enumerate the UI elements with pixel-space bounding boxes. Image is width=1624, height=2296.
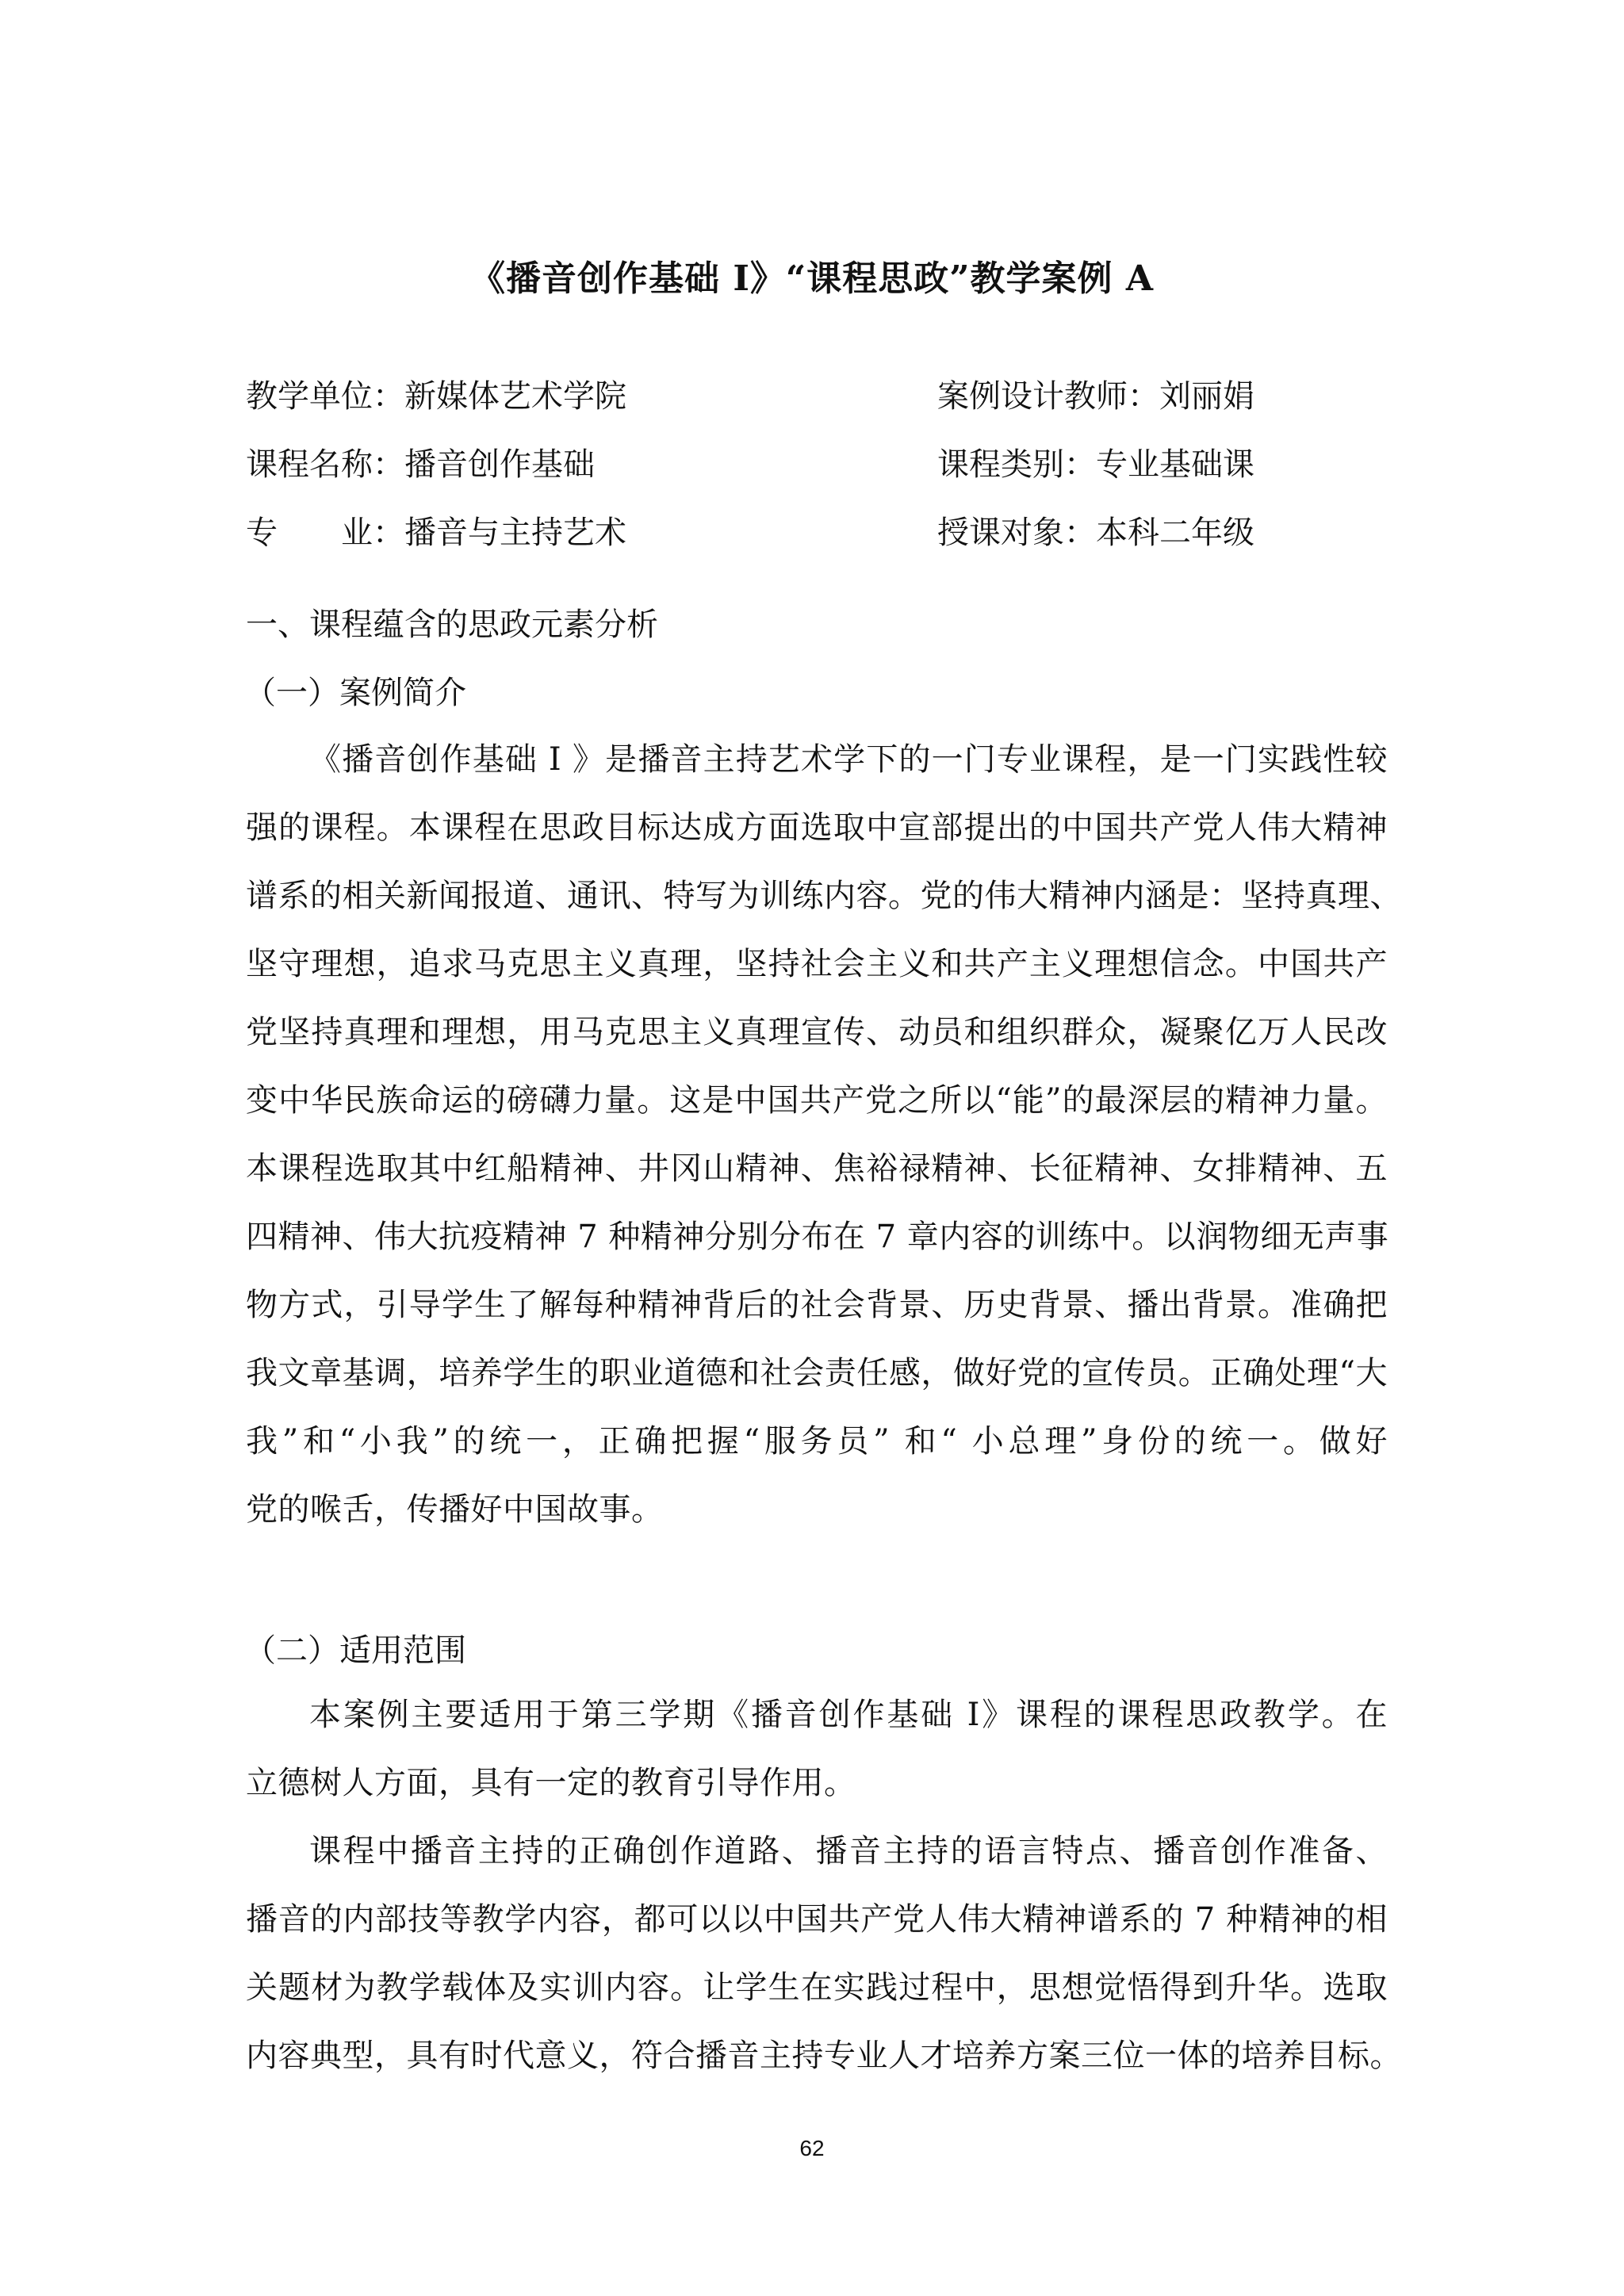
paragraph-line: 课程中播音主持的正确创作道路、播音主持的语言特点、播音创作准备、 bbox=[246, 1817, 1388, 1885]
meta-audience: 授课对象：本科二年级 bbox=[937, 509, 1254, 557]
document-page: 《播音创作基础 I》“课程思政”教学案例 A 教学单位：新媒体艺术学院 案例设计… bbox=[0, 0, 1624, 2296]
meta-value: 播音与主持艺术 bbox=[404, 515, 626, 551]
paragraph-line: 物方式，引导学生了解每种精神背后的社会背景、历史背景、播出背景。准确把 bbox=[246, 1271, 1388, 1339]
meta-value: 播音创作基础 bbox=[404, 446, 595, 483]
meta-label: 课程名称： bbox=[246, 446, 404, 483]
meta-row-course: 课程名称：播音创作基础 课程类别：专业基础课 bbox=[0, 441, 1624, 488]
meta-major: 专 业：播音与主持艺术 bbox=[246, 509, 626, 557]
paragraph-line: 我”和“小我”的统一，正确把握“服务员” 和“ 小总理”身份的统一。做好 bbox=[246, 1407, 1388, 1475]
page-number: 62 bbox=[0, 2133, 1624, 2164]
paragraph-line: 四精神、伟大抗疫精神 7 种精神分别分布在 7 章内容的训练中。以润物细无声事 bbox=[246, 1203, 1388, 1271]
paragraph-line: 立德树人方面，具有一定的教育引导作用。 bbox=[246, 1749, 1388, 1817]
meta-course-category: 课程类别：专业基础课 bbox=[937, 441, 1254, 488]
meta-teaching-unit: 教学单位：新媒体艺术学院 bbox=[246, 373, 626, 420]
meta-case-designer: 案例设计教师：刘丽娟 bbox=[937, 373, 1254, 420]
meta-label: 教学单位： bbox=[246, 378, 404, 415]
scope-paragraph-1: 本案例主要适用于第三学期《播音创作基础 I》课程的课程思政教学。在 立德树人方面… bbox=[246, 1681, 1388, 1817]
meta-value: 刘丽娟 bbox=[1159, 378, 1254, 415]
paragraph-line: 内容典型，具有时代意义，符合播音主持专业人才培养方案三位一体的培养目标。 bbox=[246, 2022, 1388, 2090]
paragraph-line: 坚守理想，追求马克思主义真理，坚持社会主义和共产主义理想信念。中国共产 bbox=[246, 930, 1388, 998]
meta-label: 专 业： bbox=[246, 515, 404, 551]
meta-label: 课程类别： bbox=[937, 446, 1096, 483]
paragraph-line: 党坚持真理和理想，用马克思主义真理宣传、动员和组织群众，凝聚亿万人民改 bbox=[246, 998, 1388, 1066]
paragraph-line: 关题材为教学载体及实训内容。让学生在实践过程中，思想觉悟得到升华。选取 bbox=[246, 1954, 1388, 2022]
meta-label: 授课对象： bbox=[937, 515, 1096, 551]
meta-row-major: 专 业：播音与主持艺术 授课对象：本科二年级 bbox=[0, 509, 1624, 557]
case-intro-paragraph: 《播音创作基础 I 》是播音主持艺术学下的一门专业课程，是一门实践性较 强的课程… bbox=[246, 725, 1388, 1544]
paragraph-line: 本课程选取其中红船精神、井冈山精神、焦裕禄精神、长征精神、女排精神、五 bbox=[246, 1135, 1388, 1203]
subsection-heading-case-intro: （一）案例简介 bbox=[244, 669, 466, 717]
paragraph-line: 播音的内部技等教学内容，都可以以中国共产党人伟大精神谱系的 7 种精神的相 bbox=[246, 1885, 1388, 1954]
paragraph-line: 变中华民族命运的磅礴力量。这是中国共产党之所以“能”的最深层的精神力量。 bbox=[246, 1066, 1388, 1135]
paragraph-line: 《播音创作基础 I 》是播音主持艺术学下的一门专业课程，是一门实践性较 bbox=[246, 725, 1388, 794]
section-heading-1: 一、课程蕴含的思政元素分析 bbox=[246, 601, 658, 649]
subsection-heading-scope: （二）适用范围 bbox=[244, 1627, 466, 1674]
paragraph-line: 强的课程。本课程在思政目标达成方面选取中宣部提出的中国共产党人伟大精神 bbox=[246, 794, 1388, 862]
paragraph-line: 党的喉舌，传播好中国故事。 bbox=[246, 1475, 1388, 1544]
paragraph-line: 谱系的相关新闻报道、通讯、特写为训练内容。党的伟大精神内涵是：坚持真理、 bbox=[246, 862, 1388, 930]
meta-course-name: 课程名称：播音创作基础 bbox=[246, 441, 595, 488]
meta-value: 本科二年级 bbox=[1096, 515, 1254, 551]
paragraph-line: 本案例主要适用于第三学期《播音创作基础 I》课程的课程思政教学。在 bbox=[246, 1681, 1388, 1749]
document-title: 《播音创作基础 I》“课程思政”教学案例 A bbox=[0, 255, 1624, 303]
meta-value: 专业基础课 bbox=[1096, 446, 1254, 483]
meta-row-unit: 教学单位：新媒体艺术学院 案例设计教师：刘丽娟 bbox=[0, 373, 1624, 420]
paragraph-line: 我文章基调，培养学生的职业道德和社会责任感，做好党的宣传员。正确处理“大 bbox=[246, 1339, 1388, 1407]
meta-label: 案例设计教师： bbox=[937, 378, 1159, 415]
scope-paragraph-2: 课程中播音主持的正确创作道路、播音主持的语言特点、播音创作准备、 播音的内部技等… bbox=[246, 1817, 1388, 2090]
meta-value: 新媒体艺术学院 bbox=[404, 378, 626, 415]
